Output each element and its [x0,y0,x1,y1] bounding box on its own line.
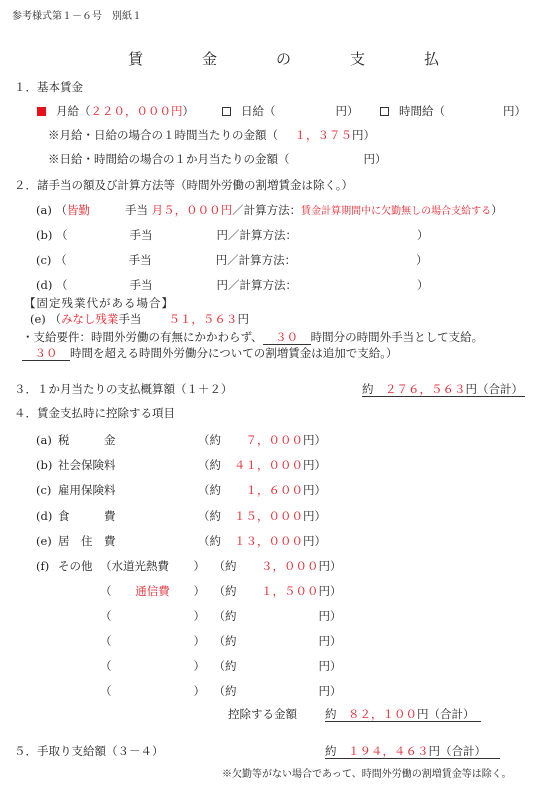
deduction-label: 食 費 [58,509,198,523]
other-amount: １，５００ [237,584,319,598]
other-deduction-row: （）（約円） [100,609,342,623]
condition-text: 時間を超える時間外労働分についての割増賃金は追加で支給。） [70,346,398,360]
approx-prefix: （約 [198,483,221,497]
deduction-key: (c) [36,483,58,497]
hourly-group: 時間給（円） [380,104,526,118]
allowance-key: (e) [30,312,46,326]
method-label: ／計算方法： [232,203,301,217]
condition-line-2: ３０時間を超える時間外労働分についての割増賃金は追加で支給。） [22,346,398,361]
paren-open: （ [56,203,68,217]
allowance-suffix: 手当 [118,312,141,326]
paren-open: （ [55,253,67,267]
condition-text: 時間分の時間外手当として支給。 [311,330,484,344]
allowance-amount: 月５，０００円 [152,203,233,217]
total-suffix: 円（合計） [417,707,475,721]
other-name: 水道光熱費 [112,559,194,573]
condition-line-1: ・支給要件：時間外労働の有無にかかわらず、３０時間分の時間外手当として支給。 [22,330,483,345]
allowance-row-d: (d) （手当円／計算方法：） [36,278,429,292]
monthly-equivalent-note: ※日給・時間給の場合の１か月当たりの金額（円） [48,152,387,166]
other-unit: 円） [319,684,342,698]
approx-prefix: （約 [198,509,221,523]
deduction-amount: １，６００ [221,483,303,497]
deduction-key: (d) [36,509,58,523]
deduction-row: (a)税 金（約 ７，０００円） [36,433,326,447]
total-suffix: 円（合計） [429,744,487,758]
deduction-unit: 円） [303,483,326,497]
total-amount: ８２，１００ [348,707,417,721]
allowance-key: (b) [36,228,52,242]
deduction-amount: ４１，０００ [221,458,303,472]
title-char: 金 [202,52,276,66]
allowance-suffix: 手当 [130,228,153,242]
allowance-suffix: 手当 [125,203,148,217]
allowance-row-c: (c) （手当円／計算方法：） [36,253,428,267]
allowance-key: (d) [36,278,52,292]
paren-close: ） [417,228,429,242]
takehome-note: ※欠勤等がない場合であって、時間外労働の割増賃金等は除く。 [222,768,512,782]
paren-close: ） [491,203,503,217]
other-deduction-row: （）（約円） [100,659,342,673]
deduction-row: (d)食 費（約１５，０００円） [36,509,326,523]
other-unit: 円） [319,634,342,648]
approx-prefix: （約 [214,684,237,698]
pay-type-row: 月給（２２０，０００円） [37,104,194,118]
paren-open: （ [49,312,61,326]
allowance-name: みなし残業 [61,312,119,326]
deduction-label: その他 [58,559,100,573]
method-label: ／計算方法： [228,278,297,292]
deduction-key: (a) [36,433,58,447]
daily-unit: 円） [336,104,359,118]
allowance-row-a: (a) （皆勤手当 月５，０００円／計算方法：賃金計算期間中に欠勤無しの場合支給… [36,203,503,219]
approx-prefix: 約 [325,744,337,758]
note1-value: １，３７５ [278,128,352,142]
deduction-unit: 円） [303,534,326,548]
deduction-row: (b)社会保険料（約４１，０００円） [36,458,326,472]
deduction-row: (c)雇用保険料（約 １，６００円） [36,483,326,497]
approx-prefix: （約 [198,458,221,472]
note1-label: ※月給・日給の場合の１時間当たりの金額（ [48,128,278,142]
section4-heading: ４．賃金支払時に控除する項目 [14,406,175,420]
allowance-suffix: 手当 [129,253,152,267]
approx-prefix: （約 [214,559,237,573]
deduction-key: (b) [36,458,58,472]
page-title: 賃金の支払 [128,52,498,67]
title-char: 賃 [128,52,202,66]
hourly-equivalent-note: ※月給・日給の場合の１時間当たりの金額（１，３７５円） [48,128,375,142]
deduction-unit: 円） [303,458,326,472]
allowance-amount: ５１，５６３ [141,312,237,326]
other-unit: 円） [319,559,342,573]
approx-prefix: （約 [214,609,237,623]
form-id: 参考様式第１－６号 別紙１ [12,10,142,24]
title-char: の [276,52,350,66]
other-unit: 円） [319,609,342,623]
other-deduction-row: （通信費）（約１，５００円） [100,584,342,598]
takehome-total: 約 １９４，４６３円（合計） [325,744,500,759]
paren-close: ） [416,253,428,267]
hourly-unit: 円） [503,104,526,118]
other-amount: ３，０００ [237,559,319,573]
allowance-suffix: 手当 [130,278,153,292]
deduction-label: 社会保険料 [58,458,198,472]
deduction-label: 居 住 費 [58,534,198,548]
other-deduction-row: （）（約円） [100,634,342,648]
approx-prefix: （約 [214,584,237,598]
fixed-overtime-row: (e) （みなし残業手当５１，５６３円 [30,312,249,326]
allowance-amount: 円 [216,253,228,267]
approx-prefix: （約 [214,659,237,673]
allowance-unit: 円 [237,312,249,326]
section3-heading: ３．１か月当たりの支払概算額（１＋２） [14,382,233,396]
other-deduction-row: （）（約円） [100,684,342,698]
paren-close: ） [417,278,429,292]
paren-open: （ [56,278,68,292]
daily-label: 日給（ [241,104,276,118]
approx-prefix: 約 [325,707,337,721]
approx-prefix: （約 [214,634,237,648]
other-unit: 円） [319,659,342,673]
total-amount: ２７６，５６３ [385,382,466,396]
monthly-close: ） [183,104,195,118]
fixed-overtime-heading: 【固定残業代がある場合】 [24,296,174,310]
deduction-unit: 円） [303,433,326,447]
deduction-total: 約 ８２，１００円（合計） [325,707,481,722]
condition-hours: ３０ [22,346,70,361]
paren-open: （ [56,228,68,242]
deduction-label: 税 金 [58,433,198,447]
allowance-key: (a) [36,203,52,217]
note2-unit: 円） [364,152,387,166]
note1-unit: 円） [352,128,375,142]
title-char: 支 [350,52,424,66]
condition-text: ・支給要件：時間外労働の有無にかかわらず、 [22,330,263,344]
section2-heading: ２．諸手当の額及び計算方法等（時間外労働の割増賃金は除く。） [14,178,353,192]
allowance-row-b: (b) （手当円／計算方法：） [36,228,429,242]
allowance-method: 賃金計算期間中に欠勤無しの場合支給する [301,206,491,217]
allowance-amount: 円 [217,228,229,242]
total-suffix: 円（合計） [466,382,524,396]
other-deduction-row: (f)その他（水道光熱費）（約３，０００円） [36,559,342,573]
deduction-row: (e)居 住 費（約１３，０００円） [36,534,326,548]
deduction-amount: １３，０００ [221,534,303,548]
monthly-value: ２２０，０００円 [91,104,183,118]
checkbox-daily[interactable] [222,107,231,116]
note2-label: ※日給・時間給の場合の１か月当たりの金額（ [48,152,290,166]
condition-hours: ３０ [263,330,311,345]
deduction-amount: １５，０００ [221,509,303,523]
checkbox-hourly[interactable] [380,107,389,116]
total-amount: １９４，４６３ [348,744,429,758]
approx-prefix: 約 [362,382,374,396]
deduction-amount: ７，０００ [221,433,303,447]
approx-prefix: （約 [198,433,221,447]
checkbox-monthly[interactable] [37,107,46,116]
allowance-key: (c) [36,253,51,267]
allowance-name: 皆勤 [67,203,125,217]
other-unit: 円） [319,584,342,598]
section3-total: 約 ２７６，５６３円（合計） [362,382,525,397]
section5-heading: ５．手取り支給額（３－４） [14,744,164,758]
method-label: ／計算方法： [227,253,296,267]
deduction-label: 雇用保険料 [58,483,198,497]
monthly-label: 月給（ [56,104,91,118]
allowance-amount: 円 [217,278,229,292]
method-label: ／計算方法： [228,228,297,242]
approx-prefix: （約 [198,534,221,548]
hourly-label: 時間給（ [399,104,445,118]
deduction-unit: 円） [303,509,326,523]
deduction-key: (f) [36,559,58,573]
title-char: 払 [424,52,498,66]
daily-group: 日給（円） [222,104,359,118]
deduction-key: (e) [36,534,58,548]
deduction-total-label: 控除する金額 [228,707,297,721]
other-name: 通信費 [112,584,194,598]
section1-heading: １．基本賃金 [14,80,83,94]
